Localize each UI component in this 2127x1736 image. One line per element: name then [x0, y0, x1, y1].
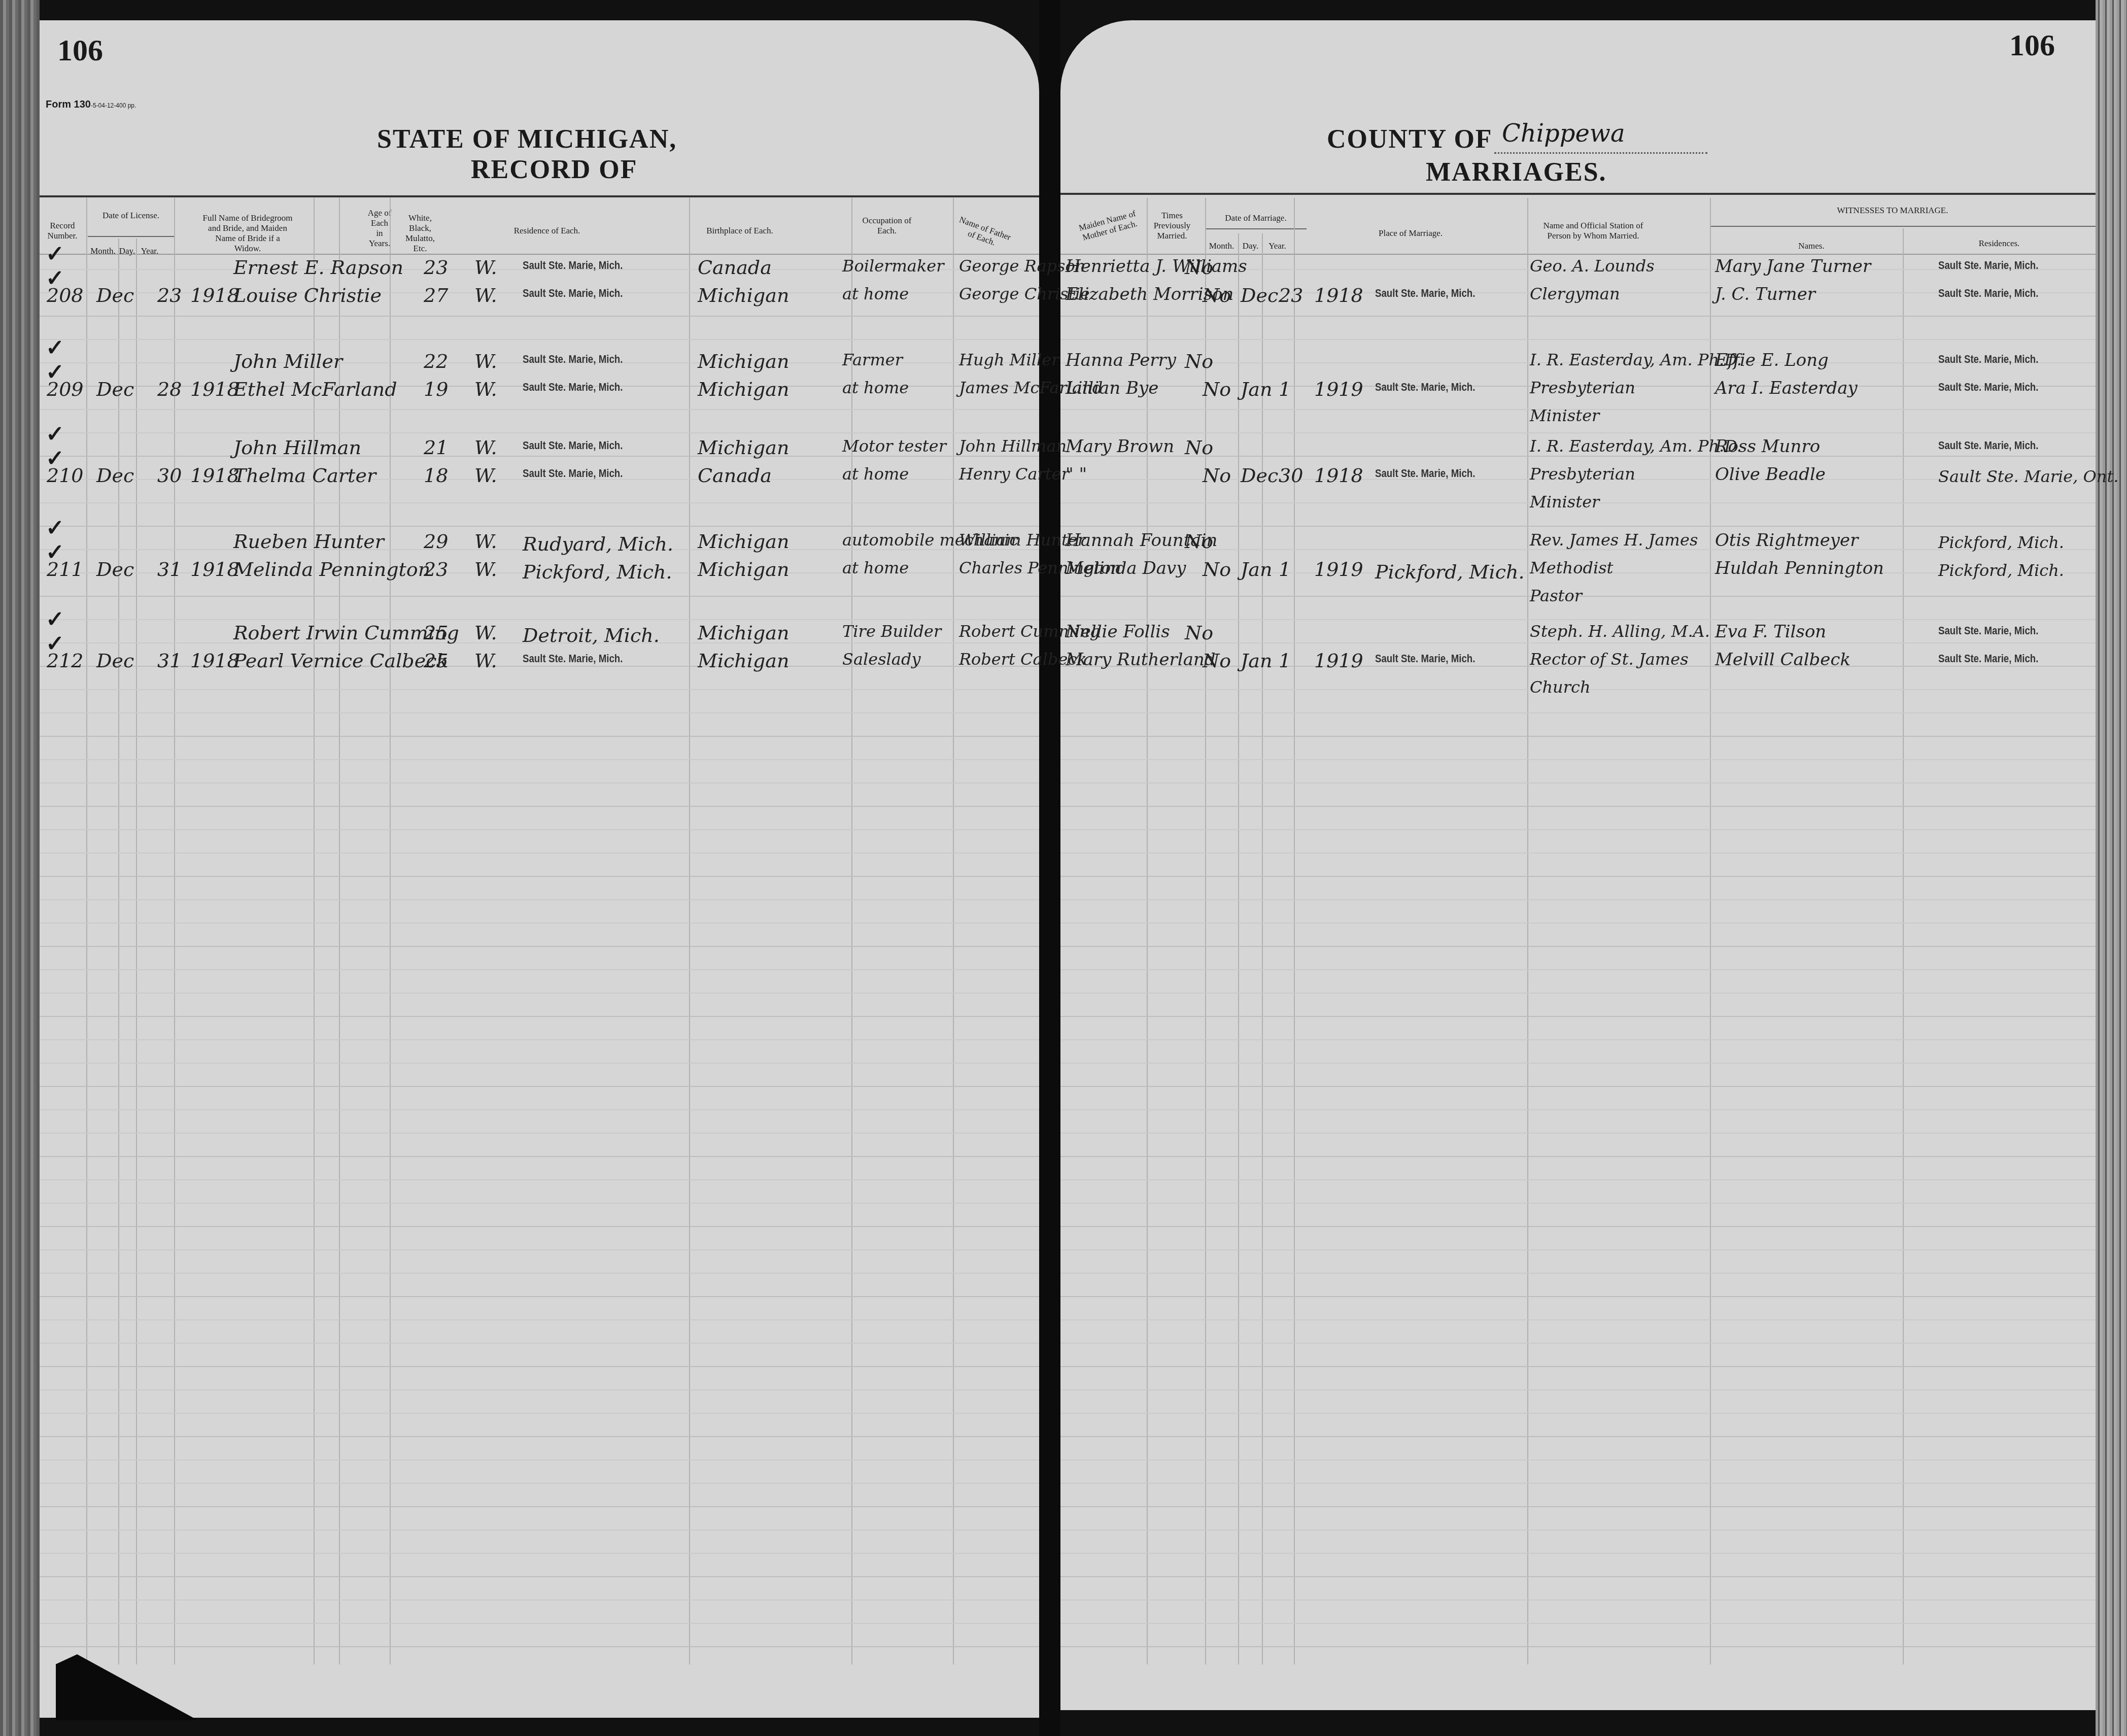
license-day: 30	[157, 464, 182, 487]
witness-residence: Sault Ste. Marie, Mich.	[1938, 652, 2038, 665]
record-number: 212	[47, 650, 84, 672]
record-number: 210	[47, 464, 84, 487]
groom-color: W.	[474, 350, 497, 372]
ruled-line	[40, 1459, 1039, 1460]
ruled-line	[40, 1343, 1039, 1344]
license-year: 1918	[190, 558, 239, 581]
officiant-line: Geo. A. Lounds	[1530, 256, 1655, 276]
bride-occupation: at home	[842, 464, 909, 484]
groom-age: 29	[424, 530, 448, 553]
witness-residence: Pickford, Mich.	[1938, 533, 2064, 552]
page-number-left: 106	[57, 33, 103, 68]
officiant-line: Minister	[1530, 492, 1599, 512]
marriage-date-divider	[1205, 228, 1307, 229]
license-day: 31	[157, 650, 182, 672]
county-value: Chippewa	[1502, 119, 1625, 148]
bride-age: 23	[424, 558, 448, 581]
ruled-line	[40, 1529, 1039, 1530]
grid-line	[1710, 198, 1711, 1664]
ruled-line	[40, 409, 1039, 410]
ruled-line	[40, 596, 1039, 597]
bride-occupation: Saleslady	[842, 650, 920, 669]
groom-residence: Sault Ste. Marie, Mich.	[523, 259, 623, 272]
groom-occupation: Boilermaker	[842, 256, 944, 276]
grid-line	[174, 198, 175, 1664]
check-mark-icon: ✓	[46, 241, 64, 267]
bride-residence: Sault Ste. Marie, Mich.	[523, 652, 623, 665]
ruled-line	[1060, 1483, 2096, 1484]
check-mark-icon: ✓	[46, 606, 64, 632]
ruled-line	[40, 853, 1039, 854]
groom-occupation: Farmer	[842, 350, 903, 369]
col-times-married: Times Previously Married.	[1149, 211, 1195, 241]
officiant-line: Steph. H. Alling, M.A.	[1530, 622, 1710, 641]
groom-color: W.	[474, 622, 497, 644]
ruled-line	[1060, 782, 2096, 784]
col-license-year: Year.	[137, 246, 162, 256]
ruled-line	[1060, 1039, 2096, 1040]
groom-mother: Henrietta J. Williams	[1066, 256, 1247, 277]
ruled-line	[40, 1016, 1039, 1017]
ruled-line	[40, 876, 1039, 877]
ruled-line	[40, 1086, 1039, 1087]
witness-residence: Sault Ste. Marie, Mich.	[1938, 439, 2038, 452]
ruled-line	[1060, 1133, 2096, 1134]
marriage-day: 1	[1279, 378, 1291, 400]
bride-father: Henry Carter	[959, 464, 1069, 484]
col-place: Place of Marriage.	[1360, 228, 1461, 239]
officiant-line: Minister	[1530, 406, 1599, 425]
ruled-line	[1060, 1319, 2096, 1320]
groom-age: 23	[424, 256, 448, 279]
witness-name: Melvill Calbeck	[1715, 650, 1850, 670]
witness-residence: Sault Ste. Marie, Mich.	[1938, 381, 2038, 394]
groom-name: John Hillman	[233, 436, 361, 459]
ruled-line	[40, 619, 1039, 620]
witness-residence: Sault Ste. Marie, Mich.	[1938, 259, 2038, 272]
ruled-line	[1060, 1226, 2096, 1227]
ruled-line	[1060, 526, 2096, 527]
ruled-line	[1060, 759, 2096, 760]
bride-age: 19	[424, 378, 448, 400]
bride-color: W.	[474, 464, 497, 487]
ruled-line	[40, 1179, 1039, 1180]
bride-color: W.	[474, 650, 497, 672]
ruled-line	[1060, 806, 2096, 807]
groom-father: John Hillman	[959, 436, 1067, 456]
ruled-line	[1060, 1016, 2096, 1017]
col-witnesses: WITNESSES TO MARRIAGE.	[1715, 206, 2070, 216]
ruled-line	[40, 1109, 1039, 1110]
check-mark-icon: ✓	[46, 515, 64, 541]
officiant-line: Church	[1530, 677, 1591, 697]
license-month: Dec	[96, 378, 134, 400]
book-page-edges-right	[2096, 0, 2127, 1736]
ruled-line	[40, 712, 1039, 713]
bride-times-married: No	[1203, 284, 1231, 307]
marriage-day: 23	[1279, 284, 1303, 307]
witness-name: J. C. Turner	[1715, 284, 1815, 304]
ruled-line	[40, 1133, 1039, 1134]
bride-birthplace: Michigan	[698, 284, 789, 307]
ruled-line	[1060, 1063, 2096, 1064]
grid-line	[136, 239, 137, 1664]
officiant-line: Presbyterian	[1530, 464, 1635, 484]
bride-occupation: at home	[842, 284, 909, 303]
bride-name: Melinda Pennington	[233, 558, 430, 581]
form-number: Form 130-5-04-12-400 pp.	[46, 99, 136, 111]
ruled-line	[1060, 1599, 2096, 1601]
col-marriage-month: Month.	[1205, 241, 1238, 251]
ruled-line	[40, 1039, 1039, 1040]
groom-times-married: No	[1185, 530, 1213, 553]
record-number: 209	[47, 378, 84, 400]
bride-residence: Pickford, Mich.	[523, 561, 672, 583]
col-marriage-year: Year.	[1263, 241, 1291, 251]
groom-name: Rueben Hunter	[233, 530, 384, 553]
page-number-right: 106	[2009, 28, 2055, 63]
grid-line	[314, 198, 315, 1664]
bride-residence: Sault Ste. Marie, Mich.	[523, 287, 623, 300]
groom-birthplace: Michigan	[698, 530, 789, 553]
marriage-year: 1919	[1314, 558, 1363, 581]
ruled-line	[40, 502, 1039, 503]
groom-mother: Mary Brown	[1066, 436, 1174, 457]
grid-line	[1527, 198, 1528, 1664]
groom-occupation: Motor tester	[842, 436, 946, 456]
groom-birthplace: Michigan	[698, 350, 789, 372]
witness-name: Ross Munro	[1715, 436, 1820, 457]
ruled-line	[1060, 316, 2096, 317]
groom-residence: Rudyard, Mich.	[523, 533, 673, 555]
record-number: 208	[47, 284, 84, 307]
title-record-of: RECORD OF	[471, 155, 638, 185]
marriage-day: 1	[1279, 650, 1291, 672]
ruled-line	[40, 1366, 1039, 1367]
groom-name: John Miller	[233, 350, 342, 372]
col-marriage-day: Day.	[1239, 241, 1262, 251]
ruled-line	[40, 1319, 1039, 1320]
header-bottom-rule	[40, 254, 1039, 255]
ruled-line	[40, 1063, 1039, 1064]
bride-age: 18	[424, 464, 448, 487]
col-witness-residences: Residences.	[1948, 239, 2050, 249]
bride-mother: Melinda Davy	[1066, 558, 1186, 578]
ruled-line	[1060, 1179, 2096, 1180]
bride-occupation: at home	[842, 378, 909, 397]
bride-times-married: No	[1203, 558, 1231, 581]
col-record-number: Record Number.	[42, 221, 83, 241]
col-witness-names: Names.	[1761, 241, 1862, 251]
ruled-line	[40, 456, 1039, 457]
license-date-divider	[88, 236, 174, 237]
witness-residence: Sault Ste. Marie, Mich.	[1938, 624, 2038, 637]
col-birthplace: Birthplace of Each.	[687, 226, 793, 236]
marriage-year: 1919	[1314, 650, 1363, 672]
col-date-of-marriage: Date of Marriage.	[1205, 213, 1307, 223]
county-label: COUNTY OF	[1327, 124, 1493, 154]
col-license-month: Month.	[88, 246, 118, 256]
bride-residence: Sault Ste. Marie, Mich.	[523, 381, 623, 394]
ruled-line	[1060, 432, 2096, 433]
ruled-line	[1060, 736, 2096, 737]
groom-color: W.	[474, 436, 497, 459]
marriage-month: Jan	[1241, 378, 1272, 400]
ruled-line	[40, 1413, 1039, 1414]
bride-color: W.	[474, 284, 497, 307]
bride-color: W.	[474, 378, 497, 400]
bride-name: Thelma Carter	[233, 464, 376, 487]
groom-birthplace: Michigan	[698, 622, 789, 644]
ruled-line	[40, 1273, 1039, 1274]
marriage-place: Sault Ste. Marie, Mich.	[1375, 467, 1475, 480]
ruled-line	[1060, 642, 2096, 643]
ruled-line	[1060, 1249, 2096, 1250]
marriage-year: 1918	[1314, 464, 1363, 487]
grid-line	[1294, 198, 1295, 1664]
ruled-line	[1060, 899, 2096, 900]
ruled-line	[40, 969, 1039, 970]
grid-line	[1147, 198, 1148, 1664]
witness-name: Huldah Pennington	[1715, 558, 1884, 578]
bride-residence: Sault Ste. Marie, Mich.	[523, 467, 623, 480]
bride-occupation: at home	[842, 558, 909, 577]
marriage-month: Dec	[1241, 464, 1278, 487]
license-month: Dec	[96, 284, 134, 307]
officiant-line: Rector of St. James	[1530, 650, 1689, 669]
ruled-line	[40, 1203, 1039, 1204]
groom-occupation: Tire Builder	[842, 622, 941, 641]
ruled-line	[1060, 876, 2096, 877]
ruled-line	[1060, 829, 2096, 830]
ruled-line	[40, 339, 1039, 340]
bride-times-married: No	[1203, 464, 1231, 487]
license-year: 1918	[190, 464, 239, 487]
county-fill-line	[1494, 152, 1707, 154]
witness-residence: Sault Ste. Marie, Ont.	[1938, 467, 2118, 486]
ruled-line	[1060, 712, 2096, 713]
groom-residence: Sault Ste. Marie, Mich.	[523, 439, 623, 452]
grid-line	[953, 198, 954, 1664]
ruled-line	[40, 1623, 1039, 1624]
ruled-line	[1060, 1109, 2096, 1110]
ruled-line	[40, 1599, 1039, 1601]
ruled-line	[1060, 1553, 2096, 1554]
ruled-line	[40, 899, 1039, 900]
ruled-line	[40, 806, 1039, 807]
grid-line	[86, 198, 87, 1664]
bride-age: 25	[424, 650, 448, 672]
ruled-line	[1060, 1366, 2096, 1367]
groom-times-married: No	[1185, 622, 1213, 644]
marriage-place: Sault Ste. Marie, Mich.	[1375, 381, 1475, 394]
ruled-line	[40, 1553, 1039, 1554]
col-age: Age of Each in Years.	[367, 208, 392, 249]
ruled-line	[40, 923, 1039, 924]
groom-birthplace: Michigan	[698, 436, 789, 459]
bride-name: Louise Christie	[233, 284, 382, 307]
ruled-line	[1060, 1413, 2096, 1414]
groom-residence: Sault Ste. Marie, Mich.	[523, 353, 623, 366]
bride-age: 27	[424, 284, 448, 307]
marriage-place: Sault Ste. Marie, Mich.	[1375, 287, 1475, 300]
ruled-line	[40, 1226, 1039, 1227]
ruled-line	[40, 782, 1039, 784]
marriage-month: Jan	[1241, 558, 1272, 581]
form-number-label: Form 130	[46, 99, 91, 110]
bride-times-married: No	[1203, 378, 1231, 400]
witness-divider	[1710, 226, 2096, 227]
ruled-line	[40, 829, 1039, 830]
ruled-line	[1060, 1343, 2096, 1344]
ruled-line	[1060, 1529, 2096, 1530]
officiant-line: Rev. James H. James	[1530, 530, 1698, 550]
header-bottom-rule	[1060, 254, 2096, 255]
form-print-info: -5-04-12-400 pp.	[91, 102, 136, 109]
witness-residence: Pickford, Mich.	[1938, 561, 2064, 580]
license-day: 23	[157, 284, 182, 307]
marriage-day: 1	[1279, 558, 1291, 581]
groom-age: 21	[424, 436, 448, 459]
ruled-line	[40, 689, 1039, 690]
witness-name: Eva F. Tilson	[1715, 622, 1826, 642]
col-date-of-license: Date of License.	[88, 211, 174, 221]
bride-name: Pearl Vernice Calbeck	[233, 650, 449, 672]
groom-age: 25	[424, 622, 448, 644]
ruled-line	[1060, 339, 2096, 340]
ruled-line	[40, 526, 1039, 527]
witness-residence: Sault Ste. Marie, Mich.	[1938, 287, 2038, 300]
ruled-line	[40, 1576, 1039, 1577]
bride-color: W.	[474, 558, 497, 581]
ruled-line	[1060, 1273, 2096, 1274]
bride-mother: Mary Rutherland	[1066, 650, 1216, 670]
ruled-line	[1060, 1576, 2096, 1577]
ruled-line	[1060, 993, 2096, 994]
license-month: Dec	[96, 650, 134, 672]
ruled-line	[1060, 456, 2096, 457]
officiant-line: Methodist	[1530, 558, 1613, 577]
license-year: 1918	[190, 650, 239, 672]
groom-times-married: No	[1185, 436, 1213, 459]
groom-age: 22	[424, 350, 448, 372]
license-day: 31	[157, 558, 182, 581]
header-top-rule	[1060, 193, 2096, 195]
groom-times-married: No	[1185, 256, 1213, 279]
record-number: 211	[47, 558, 84, 581]
witness-name: Mary Jane Turner	[1715, 256, 1871, 277]
col-color: White, Black, Mulatto, Etc.	[405, 213, 435, 254]
marriage-day: 30	[1279, 464, 1303, 487]
book-binding-left	[0, 0, 40, 1736]
bride-birthplace: Canada	[698, 464, 772, 487]
ruled-line	[1060, 1156, 2096, 1157]
ruled-line	[1060, 619, 2096, 620]
ruled-line	[40, 736, 1039, 737]
ruled-line	[1060, 1506, 2096, 1507]
grid-line	[118, 239, 119, 1664]
groom-name: Ernest E. Rapson	[233, 256, 403, 279]
ruled-line	[40, 759, 1039, 760]
groom-father: Hugh Miller	[959, 350, 1059, 369]
col-father: Name of Father of Each.	[951, 214, 1015, 254]
grid-line	[339, 198, 340, 1664]
officiant-line: Pastor	[1530, 586, 1582, 605]
check-mark-icon: ✓	[46, 421, 64, 447]
groom-mother: Hanna Perry	[1066, 350, 1176, 370]
bride-name: Ethel McFarland	[233, 378, 397, 400]
ruled-line	[1060, 1203, 2096, 1204]
ruled-line	[1060, 1436, 2096, 1437]
grid-line	[390, 198, 391, 1664]
bride-mother: Lillian Bye	[1066, 378, 1158, 398]
ruled-line	[1060, 1646, 2096, 1647]
ruled-line	[1060, 1086, 2096, 1087]
groom-times-married: No	[1185, 350, 1213, 372]
grid-line	[851, 198, 852, 1664]
ruled-line	[1060, 1389, 2096, 1390]
grid-line	[1262, 233, 1263, 1664]
ruled-line	[40, 1646, 1039, 1647]
ruled-line	[40, 1506, 1039, 1507]
bride-mother: " "	[1066, 464, 1087, 485]
ruled-line	[40, 946, 1039, 947]
license-month: Dec	[96, 558, 134, 581]
groom-birthplace: Canada	[698, 256, 772, 279]
title-marriages: MARRIAGES.	[1426, 157, 1607, 187]
ruled-line	[40, 1249, 1039, 1250]
col-mother: Maiden Name of Mother of Each.	[1069, 206, 1148, 245]
ruled-line	[40, 1436, 1039, 1437]
title-state: STATE OF MICHIGAN,	[377, 124, 677, 154]
bride-birthplace: Michigan	[698, 378, 789, 400]
bride-birthplace: Michigan	[698, 650, 789, 672]
ruled-line	[40, 1156, 1039, 1157]
marriage-place: Pickford, Mich.	[1375, 561, 1525, 583]
witness-name: Otis Rightmeyer	[1715, 530, 1858, 551]
bride-times-married: No	[1203, 650, 1231, 672]
col-occupation: Occupation of Each.	[856, 216, 917, 236]
col-residence: Residence of Each.	[494, 226, 600, 236]
ruled-line	[1060, 1296, 2096, 1297]
col-full-name: Full Name of Bridegroom and Bride, and M…	[202, 213, 293, 254]
groom-color: W.	[474, 530, 497, 553]
ruled-line	[1060, 1623, 2096, 1624]
marriage-year: 1919	[1314, 378, 1363, 400]
ruled-line	[1060, 923, 2096, 924]
groom-residence: Detroit, Mich.	[523, 624, 660, 646]
marriage-month: Jan	[1241, 650, 1272, 672]
col-license-day: Day.	[118, 246, 136, 256]
col-officiant: Name and Official Station of Person by W…	[1532, 221, 1654, 241]
ruled-line	[1060, 969, 2096, 970]
ruled-line	[40, 1296, 1039, 1297]
check-mark-icon: ✓	[46, 335, 64, 361]
officiant-line: I. R. Easterday, Am. Ph.D.	[1530, 350, 1742, 369]
officiant-line: I. R. Easterday, Am. Ph.D.	[1530, 436, 1742, 456]
ruled-line	[40, 1389, 1039, 1390]
grid-line	[1205, 198, 1206, 1664]
marriage-place: Sault Ste. Marie, Mich.	[1375, 652, 1475, 665]
bride-birthplace: Michigan	[698, 558, 789, 581]
marriage-month: Dec	[1241, 284, 1278, 307]
ruled-line	[40, 1483, 1039, 1484]
ruled-line	[1060, 1459, 2096, 1460]
ruled-line	[1060, 946, 2096, 947]
grid-line	[689, 198, 690, 1664]
groom-mother: Nellie Follis	[1066, 622, 1170, 642]
header-top-rule	[40, 195, 1039, 197]
